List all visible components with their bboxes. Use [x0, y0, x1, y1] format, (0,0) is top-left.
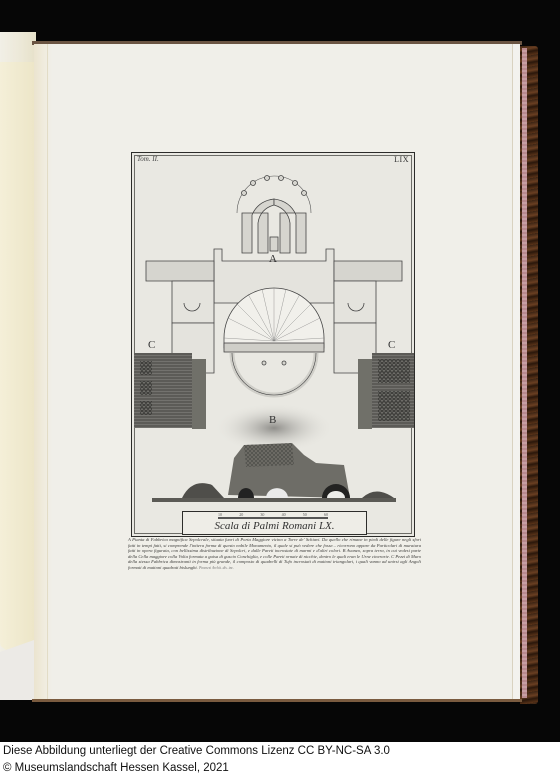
ruin-B	[152, 443, 396, 502]
page-gutter	[34, 44, 52, 700]
gutter-line	[47, 44, 48, 700]
scale-bar	[218, 517, 328, 519]
label-B: B	[269, 414, 276, 426]
plate-caption: A Pianta di Fabbrica magnifica Sepolcral…	[128, 537, 421, 572]
license-footer: Diese Abbildung unterliegt der Creative …	[0, 742, 560, 779]
book-bottom-edge	[32, 699, 522, 702]
wall-fragment-C-left	[134, 353, 206, 429]
engraver-signature: Piranesi Archit. dis. inc.	[199, 566, 234, 570]
engraving-plate: Tom. II. LIX	[131, 152, 415, 537]
label-A: A	[269, 253, 277, 265]
copyright-text: © Museumslandschaft Hessen Kassel, 2021	[3, 762, 229, 774]
label-C-right: C	[388, 339, 395, 351]
page-edges-red	[522, 48, 527, 698]
caption-text: A Pianta di Fabbrica magnifica Sepolcral…	[128, 537, 421, 570]
engraving-illustration	[132, 153, 416, 538]
page-fore-edge	[512, 44, 520, 700]
license-text: Diese Abbildung unterliegt der Creative …	[3, 745, 390, 757]
left-page-flap	[0, 62, 34, 670]
scale-label: Scala di Palmi Romani LX.	[183, 520, 366, 532]
book-photograph: Tom. II. LIX	[0, 0, 560, 742]
wall-fragment-C-right	[358, 353, 414, 429]
scale-cartouche: 10 20 30 40 50 60 Scala di Palmi Romani …	[182, 511, 367, 535]
label-C-left: C	[148, 339, 155, 351]
